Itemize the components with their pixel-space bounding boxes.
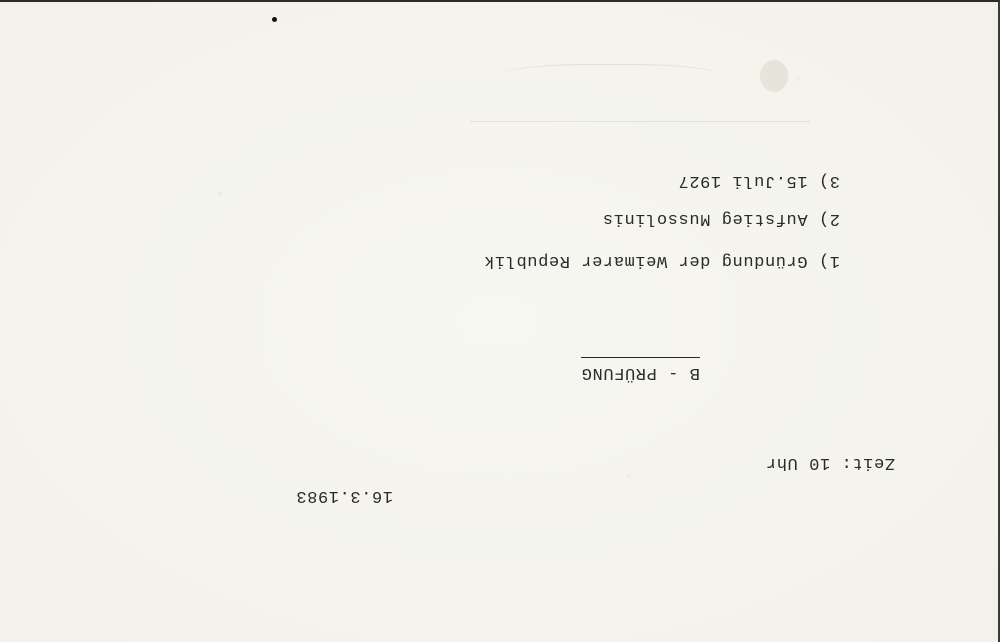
exam-time: Zeit: 10 Uhr (765, 452, 895, 472)
index-card: 16.3.1983 Zeit: 10 Uhr B - PRÜFUNG 1) Gr… (0, 0, 1000, 642)
exam-title: B - PRÜFUNG (581, 357, 700, 382)
topic-item: 1) Gründung der Weimarer Republik (484, 250, 840, 270)
document-date: 16.3.1983 (296, 485, 393, 505)
topic-item: 3) 15.Juli 1927 (678, 170, 840, 190)
topic-item: 2) Aufstieg Mussolinis (602, 208, 840, 228)
rotated-page: 16.3.1983 Zeit: 10 Uhr B - PRÜFUNG 1) Gr… (0, 2, 1000, 642)
